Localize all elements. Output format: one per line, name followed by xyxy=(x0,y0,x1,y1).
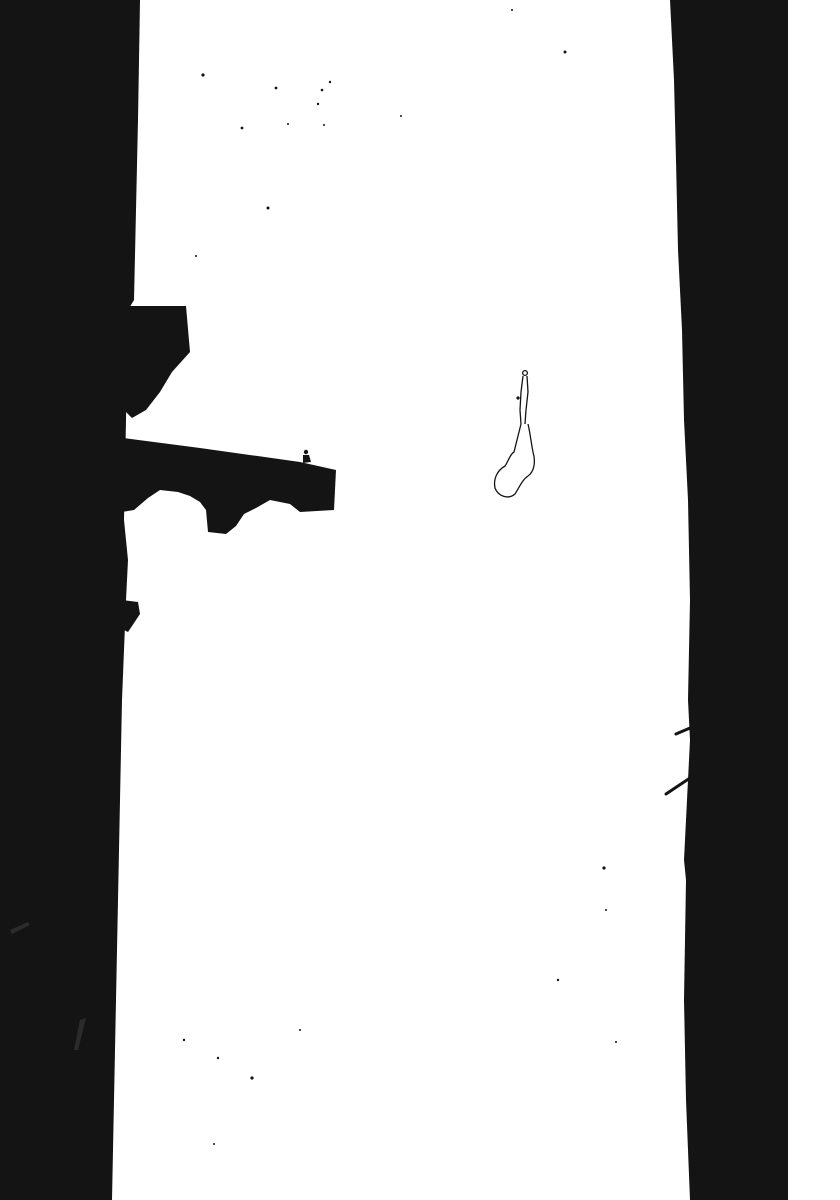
page-edge-strip xyxy=(788,0,840,1200)
illustration-canvas xyxy=(0,0,840,1200)
